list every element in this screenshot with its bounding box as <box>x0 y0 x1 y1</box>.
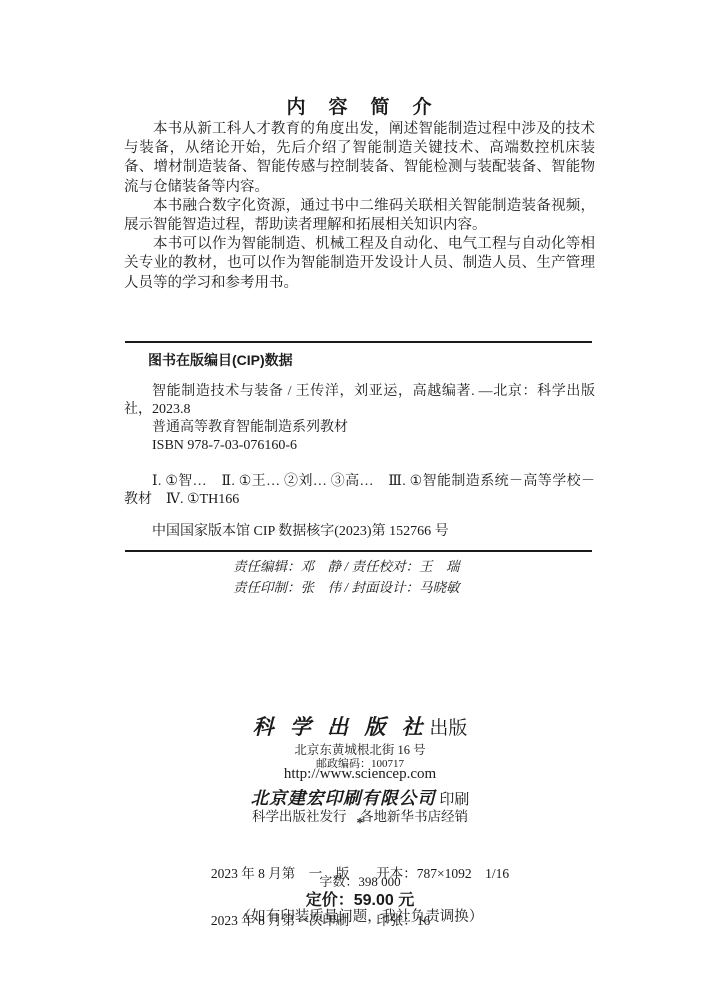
exchange-note: （如有印装质量问题，我社负责调换） <box>0 905 720 926</box>
divider-rule-bottom <box>125 550 592 552</box>
intro-paragraph: 本书融合数字化资源，通过书中二维码关联相关智能制造装备视频，展示智能智造过程，帮… <box>124 197 595 235</box>
publisher-name: 科 学 出 版 社 <box>253 715 425 739</box>
cip-header: 图书在版编目(CIP)数据 <box>148 350 293 370</box>
staff-credits: 责任编辑：邓 静 / 责任校对：王 瑞 责任印制：张 伟 / 封面设计：马晓敏 <box>233 556 460 598</box>
editors-credit-line: 责任编辑：邓 静 / 责任校对：王 瑞 <box>233 556 460 577</box>
production-credit-line: 责任印制：张 伟 / 封面设计：马晓敏 <box>233 577 460 598</box>
cip-series-line: 普通高等教育智能制造系列教材 <box>124 419 595 437</box>
publisher-line: 科 学 出 版 社 出版 <box>0 711 720 741</box>
cip-data-block: 智能制造技术与装备 / 王传洋，刘亚运，高越编著. —北京：科学出版社，2023… <box>124 383 595 541</box>
cip-isbn-line: ISBN 978-7-03-076160-6 <box>124 437 595 455</box>
cip-book-line: 智能制造技术与装备 / 王传洋，刘亚运，高越编著. —北京：科学出版社，2023… <box>124 383 595 419</box>
book-copyright-page: 内 容 简 介 本书从新工科人才教育的角度出发，阐述智能制造过程中涉及的技术与装… <box>0 0 720 1000</box>
separator-star: * <box>0 816 720 832</box>
publisher-website: http://www.sciencep.com <box>0 766 720 783</box>
intro-paragraph: 本书可以作为智能制造、机械工程及自动化、电气工程与自动化等相关专业的教材，也可以… <box>124 235 595 293</box>
content-summary: 本书从新工科人才教育的角度出发，阐述智能制造过程中涉及的技术与装备，从绪论开始，… <box>124 120 595 293</box>
divider-rule-top <box>125 341 592 343</box>
intro-paragraph: 本书从新工科人才教育的角度出发，阐述智能制造过程中涉及的技术与装备，从绪论开始，… <box>124 120 595 197</box>
page-title: 内 容 简 介 <box>0 92 720 119</box>
cip-classification-line: Ⅰ. ①智… Ⅱ. ①王… ②刘… ③高… Ⅲ. ①智能制造系统－高等学校－教材… <box>124 473 595 509</box>
publisher-role-label: 出版 <box>429 718 467 739</box>
cip-registry-line: 中国国家版本馆 CIP 数据核字(2023)第 152766 号 <box>124 523 595 541</box>
